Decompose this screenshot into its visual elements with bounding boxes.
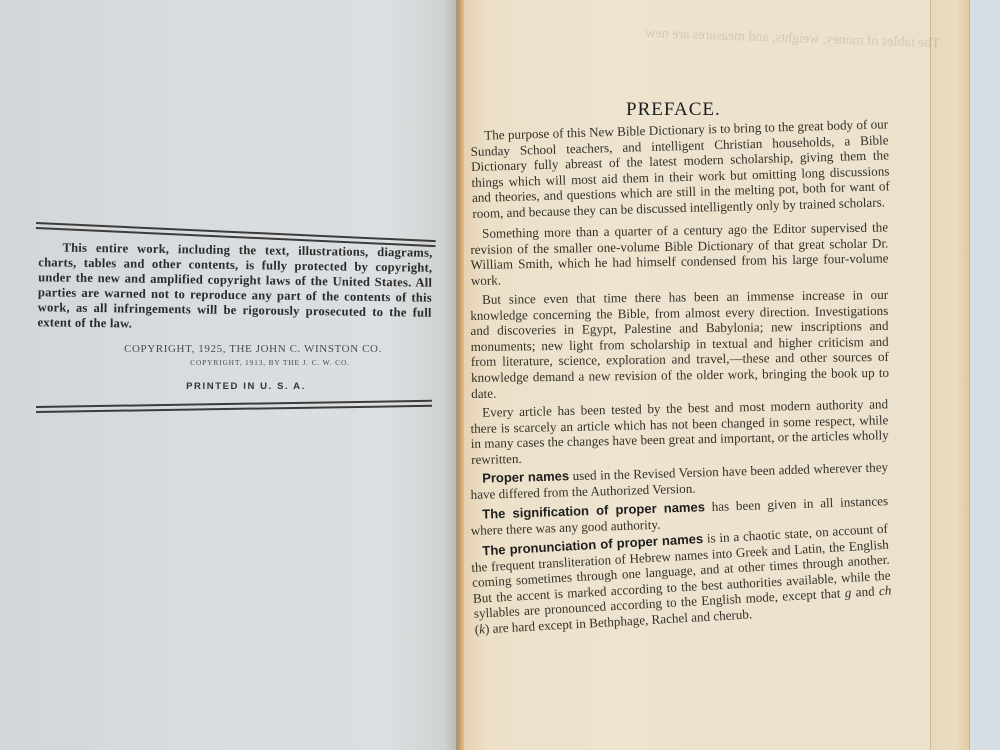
- left-page: This entire work, including the text, il…: [0, 0, 458, 750]
- preface-paragraph: But since even that time there has been …: [470, 287, 889, 401]
- page-edge-stack: [930, 0, 971, 750]
- italic-letter: ch: [878, 583, 891, 599]
- paragraph-text: and: [851, 583, 879, 600]
- copyright-warning: This entire work, including the text, il…: [35, 240, 434, 336]
- copyright-secondary-line: COPYRIGHT, 1913, BY THE J. C. W. CO.: [36, 358, 434, 367]
- copyright-notice-block: This entire work, including the text, il…: [36, 222, 434, 413]
- paragraph-text: Something more than a quarter of a centu…: [470, 219, 888, 287]
- copyright-main-line: COPYRIGHT, 1925, THE JOHN C. WINSTON CO.: [36, 343, 434, 355]
- background-surface: [970, 0, 1000, 750]
- preface-paragraph: The purpose of this New Bible Dictionary…: [470, 116, 890, 221]
- paragraph-text: The purpose of this New Bible Dictionary…: [470, 116, 890, 221]
- paragraph-text: But since even that time there has been …: [470, 287, 889, 401]
- paragraph-text: Every article has been tested by the bes…: [470, 396, 889, 467]
- preface-paragraph: The pronunciation of proper names is in …: [470, 521, 893, 638]
- preface-paragraph: Every article has been tested by the bes…: [470, 396, 889, 467]
- preface-body: The purpose of this New Bible Dictionary…: [470, 128, 888, 637]
- copyright-warning-text: This entire work, including the text, il…: [37, 241, 432, 331]
- printed-in-usa: PRINTED IN U. S. A.: [36, 381, 434, 392]
- preface-title: PREFACE.: [626, 99, 721, 121]
- preface-paragraph: Something more than a quarter of a centu…: [470, 219, 889, 288]
- bottom-double-rule: [36, 400, 432, 413]
